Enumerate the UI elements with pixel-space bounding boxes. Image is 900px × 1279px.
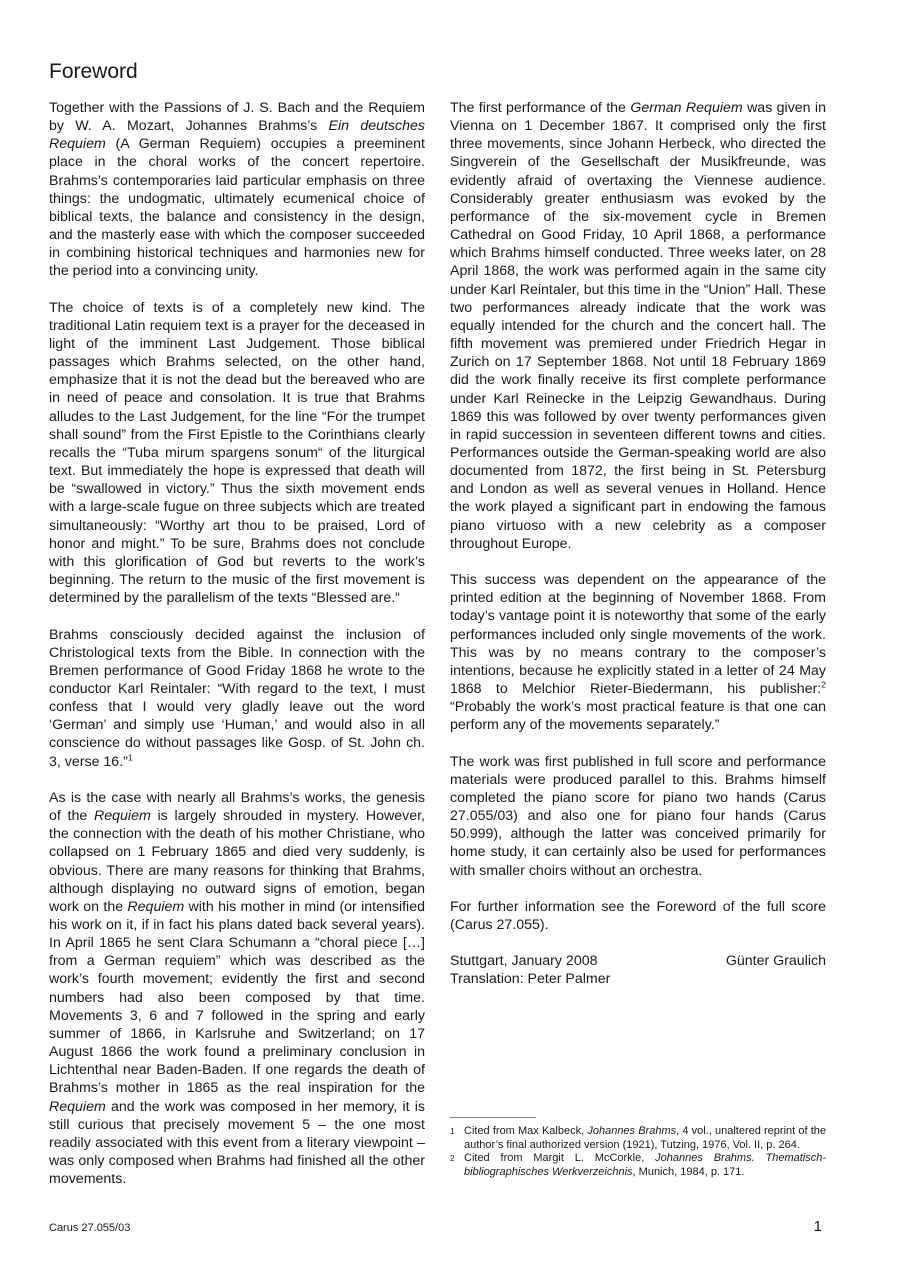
translator-credit: Translation: Peter Palmer <box>450 970 826 988</box>
signature-block: Stuttgart, January 2008 Günter Graulich <box>450 952 826 970</box>
text-run: was given in Vienna on 1 December 1867. … <box>450 100 826 552</box>
footnote-divider <box>450 1117 536 1118</box>
paragraph-genesis: As is the case with nearly all Brahms’s … <box>49 789 425 1188</box>
book-title-italic: Johannes Brahms <box>587 1125 676 1137</box>
text-run: Brahms consciously decided against the i… <box>49 627 425 770</box>
footnote-1: 1 Cited from Max Kalbeck, Johannes Brahm… <box>450 1125 826 1152</box>
text-run: with his mother in mind (or intensified … <box>49 899 425 1097</box>
text-run: The first performance of the <box>450 100 630 116</box>
text-run: (A German Requiem) occupies a preeminent… <box>49 136 425 279</box>
paragraph-publication: The work was first published in full sco… <box>450 753 826 880</box>
footnotes: 1 Cited from Max Kalbeck, Johannes Brahm… <box>450 1117 826 1179</box>
paragraph-first-performance: The first performance of the German Requ… <box>450 99 826 553</box>
text-run: This success was dependent on the appear… <box>450 572 826 697</box>
text-run: , Munich, 1984, p. 171. <box>633 1166 745 1178</box>
right-column: The first performance of the German Requ… <box>450 99 826 989</box>
left-column: Together with the Passions of J. S. Bach… <box>49 99 425 1206</box>
text-run: Cited from Margit L. McCorkle, <box>464 1152 655 1164</box>
place-date: Stuttgart, January 2008 <box>450 952 598 970</box>
paragraph-intro: Together with the Passions of J. S. Bach… <box>49 99 425 281</box>
footnote-2: 2 Cited from Margit L. McCorkle, Johanne… <box>450 1152 826 1179</box>
page-title: Foreword <box>49 60 138 84</box>
text-run: and the work was composed in her memory,… <box>49 1099 425 1188</box>
work-title-italic: Requiem <box>127 899 184 915</box>
footnote-ref-2[interactable]: 2 <box>821 679 826 689</box>
paragraph-further-info: For further information see the Foreword… <box>450 898 826 934</box>
text-run: Cited from Max Kalbeck, <box>464 1125 587 1137</box>
work-title-italic: German Requiem <box>630 100 742 116</box>
catalog-number: Carus 27.055/03 <box>49 1222 130 1234</box>
page-number: 1 <box>814 1218 822 1235</box>
footnote-ref-1[interactable]: 1 <box>128 752 133 762</box>
footnote-number: 2 <box>450 1152 455 1166</box>
work-title-italic: Requiem <box>94 808 151 824</box>
paragraph-texts: The choice of texts is of a completely n… <box>49 299 425 608</box>
text-run: “Probably the work’s most practical feat… <box>450 699 826 733</box>
work-title-italic: Requiem <box>49 1099 106 1115</box>
author-name: Günter Graulich <box>726 952 826 970</box>
footnote-number: 1 <box>450 1125 455 1139</box>
paragraph-christological: Brahms consciously decided against the i… <box>49 626 425 771</box>
paragraph-success: This success was dependent on the appear… <box>450 571 826 734</box>
